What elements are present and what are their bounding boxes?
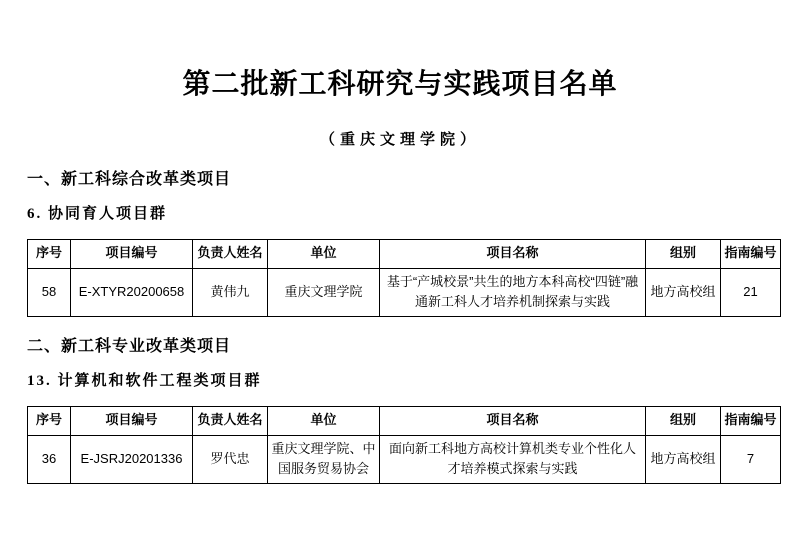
cell-leader: 罗代忠 [193, 435, 268, 483]
header-guide: 指南编号 [721, 406, 781, 435]
project-table-collaborative-education: 序号 项目编号 负责人姓名 单位 项目名称 组别 指南编号 58 E-XTYR2… [27, 239, 781, 317]
cell-group: 地方高校组 [646, 435, 721, 483]
project-table-computer-software: 序号 项目编号 负责人姓名 单位 项目名称 组别 指南编号 36 E-JSRJ2… [27, 406, 781, 484]
cell-project-name: 面向新工科地方高校计算机类专业个性化人才培养模式探索与实践 [380, 435, 646, 483]
cell-code: E-XTYR20200658 [71, 268, 193, 316]
page-subtitle: （重庆文理学院） [0, 128, 800, 149]
page-title: 第二批新工科研究与实践项目名单 [0, 70, 800, 101]
header-leader: 负责人姓名 [193, 406, 268, 435]
project-group-heading: 13. 计算机和软件工程类项目群 [27, 369, 780, 390]
cell-group: 地方高校组 [646, 268, 721, 316]
cell-guide: 21 [721, 268, 781, 316]
cell-guide: 7 [721, 435, 781, 483]
header-leader: 负责人姓名 [193, 239, 268, 268]
cell-leader: 黄伟九 [193, 268, 268, 316]
header-guide: 指南编号 [721, 239, 781, 268]
table-header-row: 序号 项目编号 负责人姓名 单位 项目名称 组别 指南编号 [28, 406, 781, 435]
cell-seq: 58 [28, 268, 71, 316]
document-content: 一、新工科综合改革类项目 6. 协同育人项目群 序号 项目编号 负责人姓名 单位… [0, 166, 800, 484]
header-unit: 单位 [268, 406, 380, 435]
header-group: 组别 [646, 239, 721, 268]
table-row: 58 E-XTYR20200658 黄伟九 重庆文理学院 基于“产城校景”共生的… [28, 268, 781, 316]
header-seq: 序号 [28, 239, 71, 268]
header-name: 项目名称 [380, 239, 646, 268]
section-major-reform: 二、新工科专业改革类项目 13. 计算机和软件工程类项目群 序号 项目编号 负责… [27, 333, 780, 484]
header-seq: 序号 [28, 406, 71, 435]
table-header-row: 序号 项目编号 负责人姓名 单位 项目名称 组别 指南编号 [28, 239, 781, 268]
project-group-heading: 6. 协同育人项目群 [27, 202, 780, 223]
header-name: 项目名称 [380, 406, 646, 435]
cell-unit: 重庆文理学院、中国服务贸易协会 [268, 435, 380, 483]
header-group: 组别 [646, 406, 721, 435]
header-code: 项目编号 [71, 239, 193, 268]
section-comprehensive-reform: 一、新工科综合改革类项目 6. 协同育人项目群 序号 项目编号 负责人姓名 单位… [27, 166, 780, 317]
header-unit: 单位 [268, 239, 380, 268]
cell-project-name: 基于“产城校景”共生的地方本科高校“四链”融通新工科人才培养机制探索与实践 [380, 268, 646, 316]
section-heading: 二、新工科专业改革类项目 [27, 333, 780, 356]
document-page: 第二批新工科研究与实践项目名单 （重庆文理学院） 一、新工科综合改革类项目 6.… [0, 0, 800, 533]
section-heading: 一、新工科综合改革类项目 [27, 166, 780, 189]
table-row: 36 E-JSRJ20201336 罗代忠 重庆文理学院、中国服务贸易协会 面向… [28, 435, 781, 483]
header-code: 项目编号 [71, 406, 193, 435]
cell-unit: 重庆文理学院 [268, 268, 380, 316]
cell-seq: 36 [28, 435, 71, 483]
cell-code: E-JSRJ20201336 [71, 435, 193, 483]
